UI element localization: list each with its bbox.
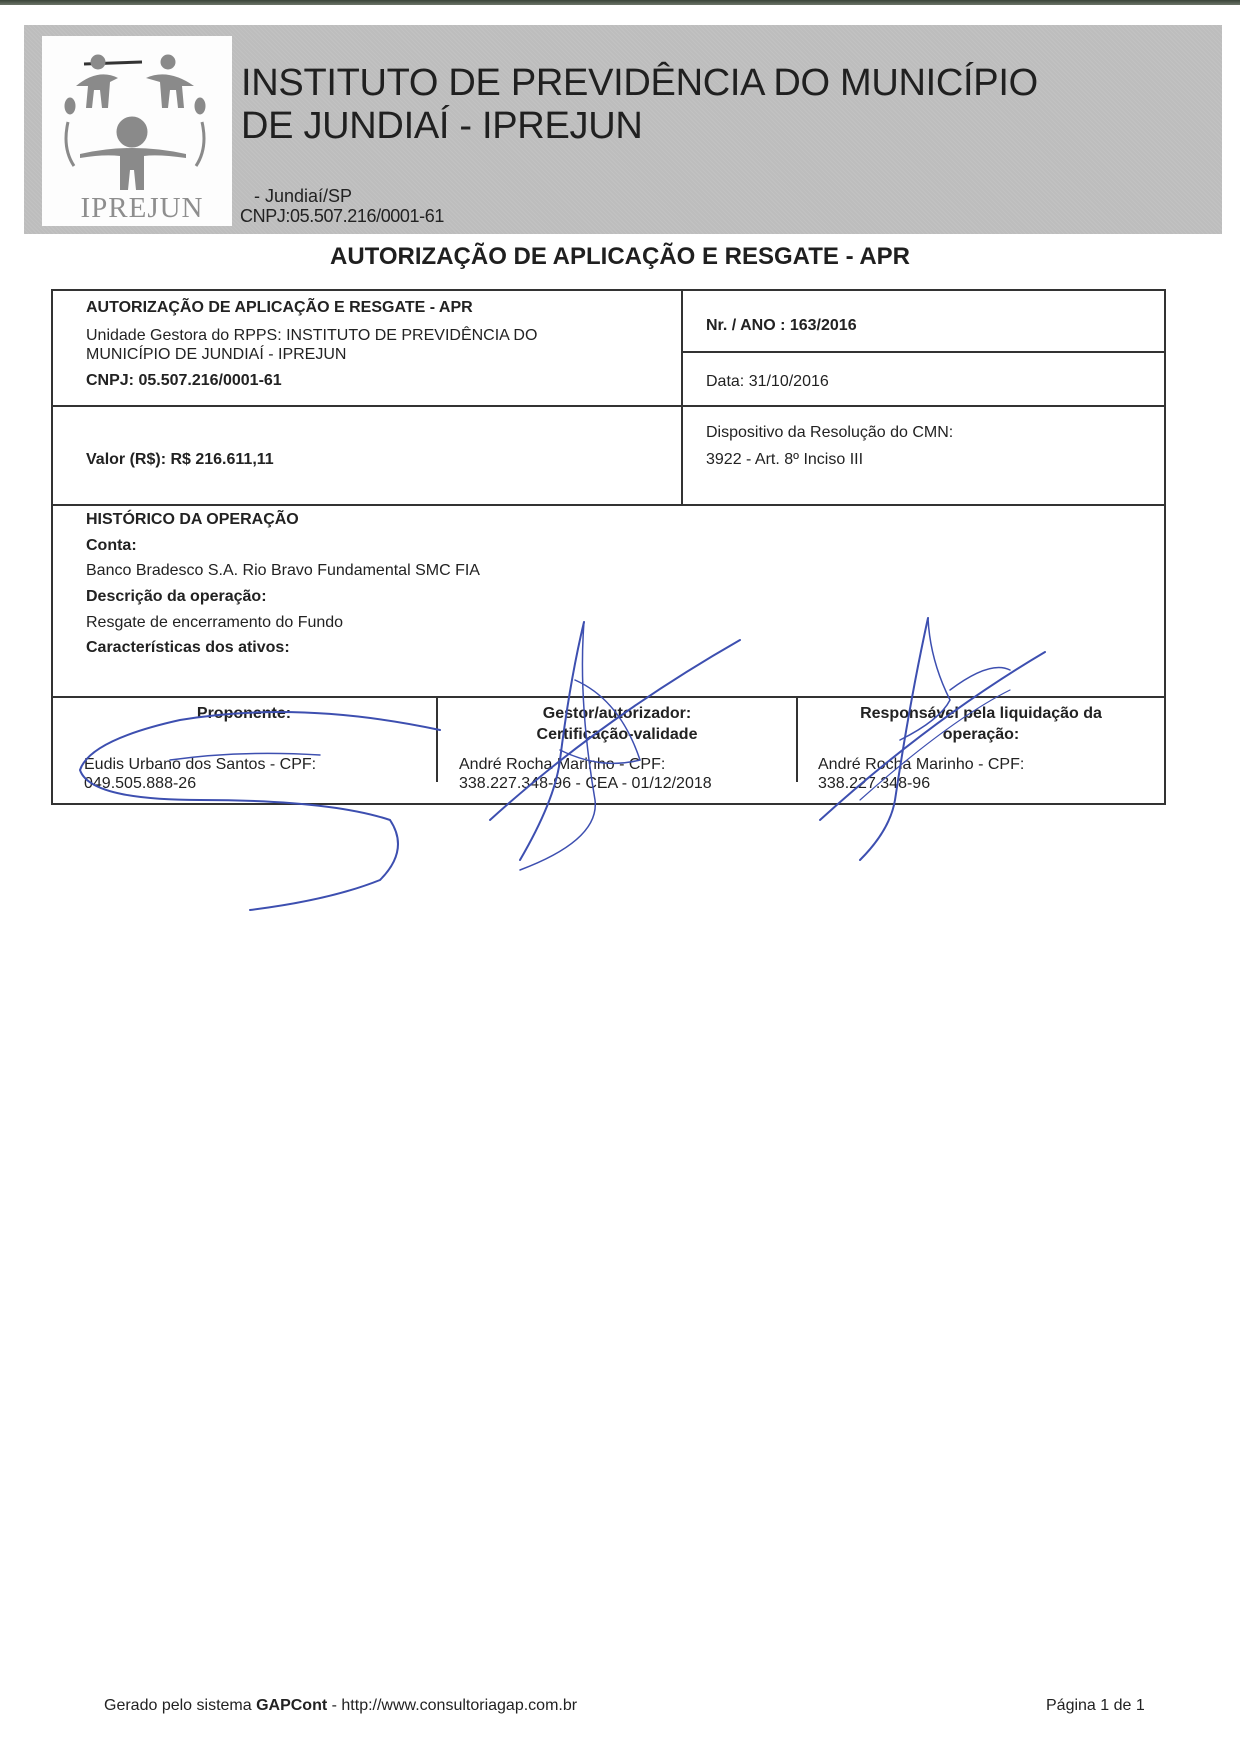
conta-label: Conta: (86, 537, 137, 555)
historico-title: HISTÓRICO DA OPERAÇÃO (86, 511, 299, 529)
dispositivo-value: 3922 - Art. 8º Inciso III (706, 451, 863, 469)
divider-row-3 (52, 696, 1164, 698)
gestor-role-line2: Certificação-validade (438, 726, 796, 744)
logo: IPREJUN (42, 36, 232, 226)
divider-right-col-1 (682, 351, 1164, 353)
org-name-line2: DE JUNDIAÍ - IPREJUN (241, 105, 1038, 148)
org-cnpj: CNPJ:05.507.216/0001-61 (240, 206, 444, 227)
divider-vertical-right-col (681, 290, 683, 506)
people-circle-icon (50, 38, 230, 198)
unidade-gestora-line2: MUNICÍPIO DE JUNDIAÍ - IPREJUN (86, 346, 346, 364)
footer-system-name: GAPCont (256, 1697, 327, 1714)
gestor-name: André Rocha Marinho - CPF: (459, 756, 665, 774)
footer-url: - http://www.consultoriagap.com.br (327, 1697, 577, 1714)
valor-field: Valor (R$): R$ 216.611,11 (86, 451, 274, 469)
gestor-cpf: 338.227.348-96 - CEA - 01/12/2018 (459, 775, 712, 793)
org-city: - Jundiaí/SP (254, 186, 352, 207)
nr-ano-field: Nr. / ANO : 163/2016 (706, 317, 857, 335)
footer-generated-by: Gerado pelo sistema GAPCont - http://www… (104, 1697, 577, 1715)
responsavel-cpf: 338.227.348-96 (818, 775, 930, 793)
form-section-title: AUTORIZAÇÃO DE APLICAÇÃO E RESGATE - APR (86, 299, 473, 317)
proponente-cpf: 049.505.888-26 (84, 775, 196, 793)
document-title: AUTORIZAÇÃO DE APLICAÇÃO E RESGATE - APR (0, 243, 1240, 271)
scan-edge (0, 0, 1240, 5)
org-name-line1: INSTITUTO DE PREVIDÊNCIA DO MUNICÍPIO (241, 62, 1038, 105)
caracteristicas-label: Características dos ativos: (86, 639, 290, 657)
gestor-role-line1: Gestor/autorizador: (438, 705, 796, 723)
proponente-name: Eudis Urbano dos Santos - CPF: (84, 756, 316, 774)
responsavel-role-line1: Responsável pela liquidação da (798, 705, 1164, 723)
divider-row-2 (52, 504, 1164, 506)
date-field: Data: 31/10/2016 (706, 373, 829, 391)
unidade-gestora-line1: Unidade Gestora do RPPS: INSTITUTO DE PR… (86, 327, 537, 345)
divider-row-1 (52, 405, 1164, 407)
responsavel-name: André Rocha Marinho - CPF: (818, 756, 1024, 774)
descricao-value: Resgate de encerramento do Fundo (86, 614, 343, 632)
conta-value: Banco Bradesco S.A. Rio Bravo Fundamenta… (86, 562, 480, 580)
org-name: INSTITUTO DE PREVIDÊNCIA DO MUNICÍPIO DE… (241, 62, 1038, 148)
descricao-label: Descrição da operação: (86, 588, 267, 606)
logo-wordmark: IPREJUN (42, 192, 242, 225)
cnpj-field: CNPJ: 05.507.216/0001-61 (86, 372, 282, 390)
dispositivo-label: Dispositivo da Resolução do CMN: (706, 424, 953, 442)
bleed-through-text (90, 880, 1140, 1040)
page-number: Página 1 de 1 (1046, 1697, 1145, 1715)
proponente-role: Proponente: (52, 705, 436, 723)
responsavel-role-line2: operação: (798, 726, 1164, 744)
footer-prefix: Gerado pelo sistema (104, 1697, 256, 1714)
